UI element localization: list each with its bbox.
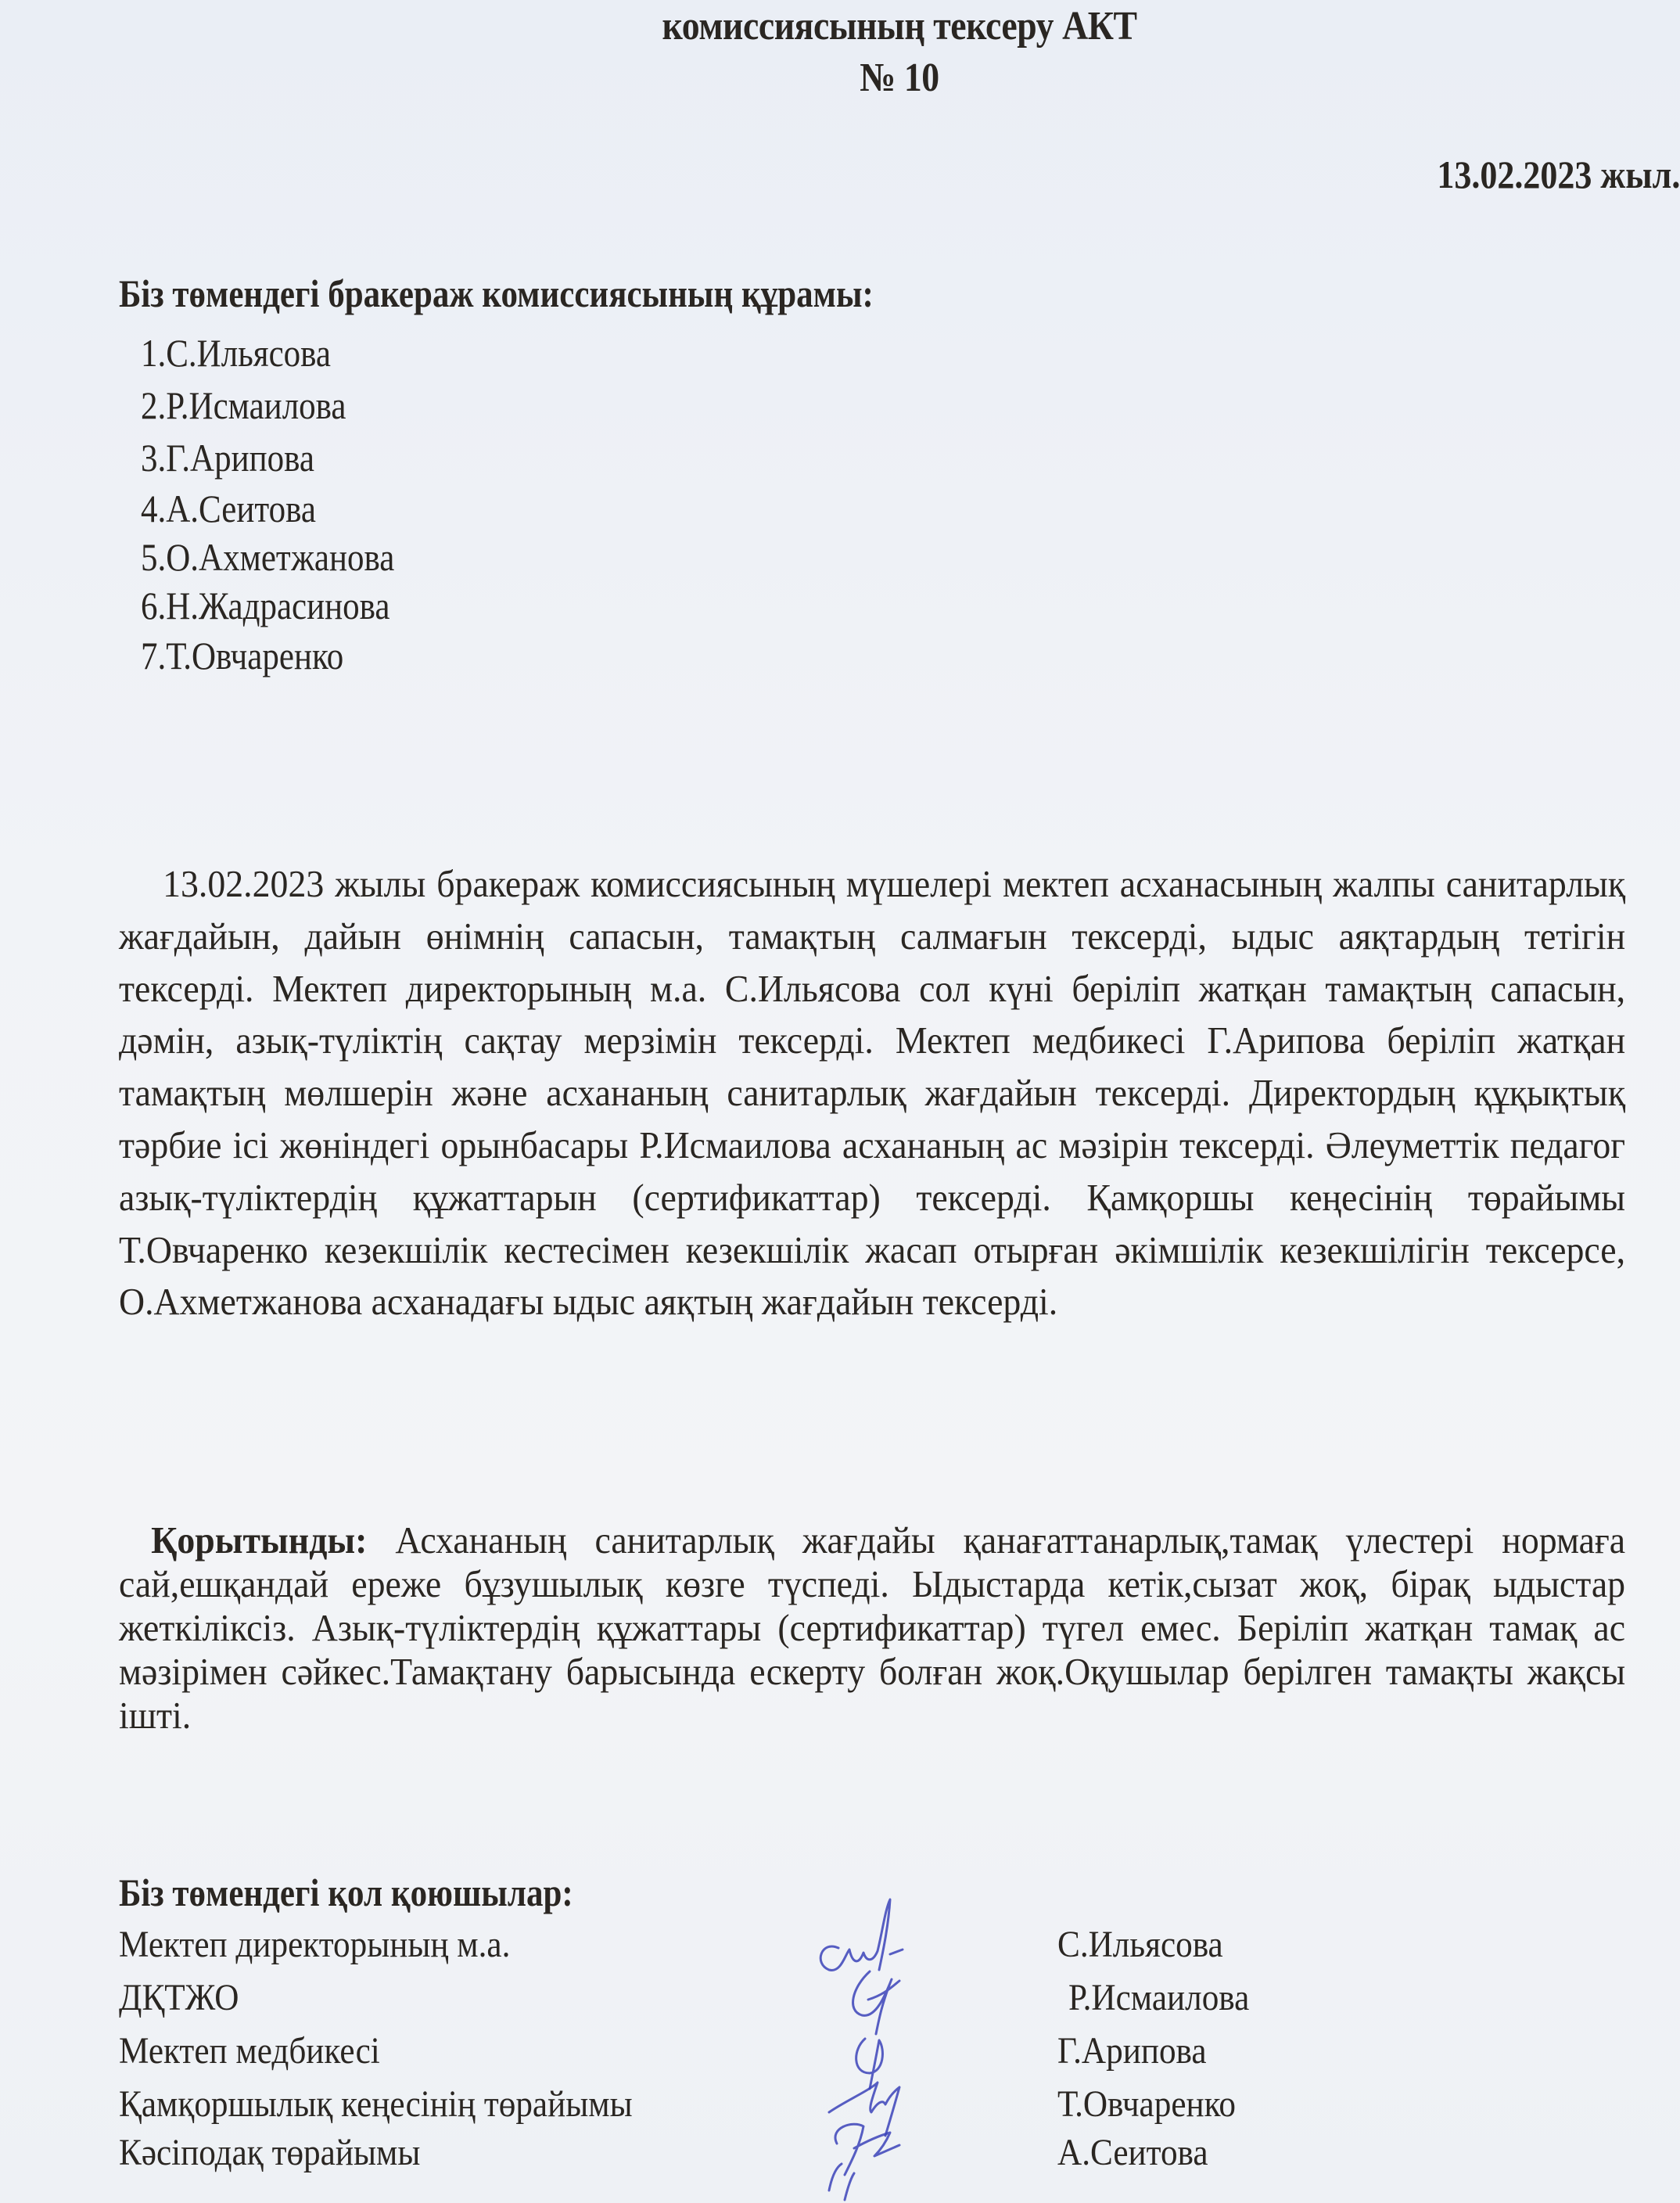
main-paragraph: 13.02.2023 жылы бракераж комиссиясының м… (119, 858, 1625, 1328)
member-item: 2.Р.Исмаилова (141, 379, 394, 432)
act-number: № 10 (108, 55, 1680, 101)
member-item: 6.Н.Жадрасинова (141, 581, 394, 630)
handwritten-signatures (798, 1878, 1032, 2203)
signer-role: Қамқоршылық кеңесінің төрайымы (119, 2083, 633, 2126)
signer-role: Мектеп директорының м.а. (119, 1923, 510, 1966)
conclusion-label: Қорытынды: (151, 1518, 367, 1562)
signers-heading: Біз төмендегі қол қоюшылар: (119, 1870, 573, 1915)
signer-name: С.Ильясова (1057, 1923, 1223, 1966)
signer-role: Кәсіподақ төрайымы (119, 2131, 420, 2174)
scanned-document-page: комиссиясының тексеру АКТ № 10 13.02.202… (0, 0, 1680, 2203)
signer-name: А.Сеитова (1057, 2131, 1208, 2174)
signer-role: ДҚТЖО (119, 1976, 239, 2019)
conclusion-paragraph: Қорытынды: Асхананың санитарлық жағдайы … (119, 1518, 1625, 1738)
signer-role: Мектеп медбикесі (119, 2029, 380, 2072)
signer-name: Г.Арипова (1057, 2029, 1207, 2072)
members-list: 1.С.Ильясова 2.Р.Исмаилова 3.Г.Арипова 4… (141, 327, 436, 682)
member-item: 7.Т.Овчаренко (141, 630, 394, 682)
member-item: 3.Г.Арипова (141, 432, 394, 484)
signer-name: Т.Овчаренко (1057, 2083, 1236, 2126)
member-item: 1.С.Ильясова (141, 327, 394, 379)
signature-scribbles-icon (798, 1878, 1032, 2203)
document-title: комиссиясының тексеру АКТ (108, 3, 1680, 49)
members-heading: Біз төмендегі бракераж комиссиясының құр… (119, 271, 874, 316)
document-date: 13.02.2023 жыл. (1437, 152, 1680, 197)
member-item: 4.А.Сеитова (141, 484, 394, 533)
member-item: 5.О.Ахметжанова (141, 533, 394, 581)
signer-name: Р.Исмаилова (1068, 1976, 1249, 2019)
